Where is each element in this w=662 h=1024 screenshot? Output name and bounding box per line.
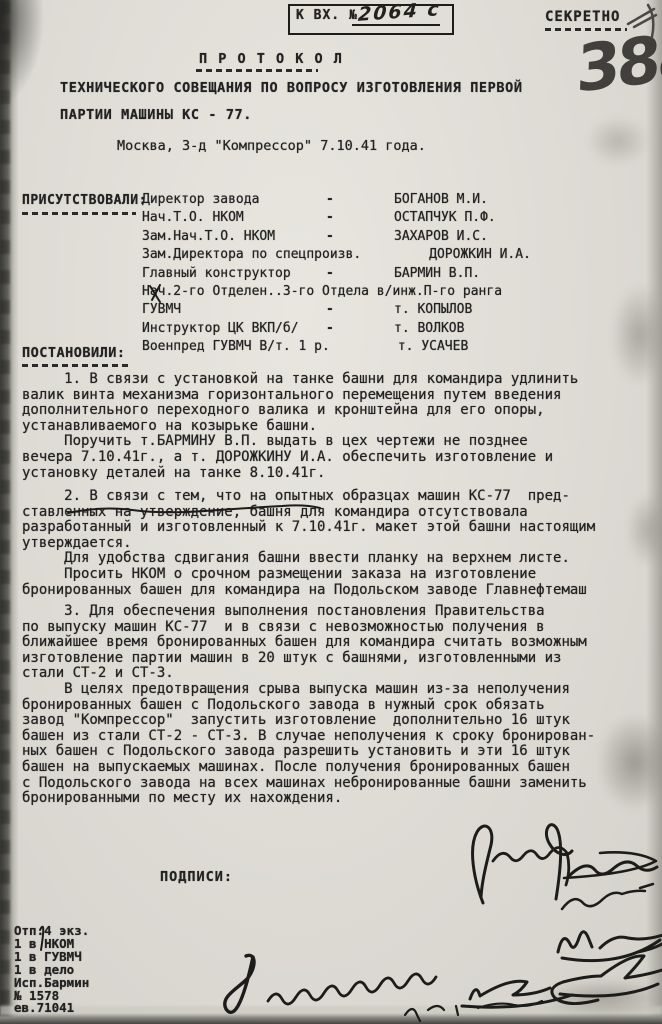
attendee-name: т. ВОЛКОВ [394,321,464,336]
resolved-underline [22,364,128,367]
paragraph-line: башен на выпускаемых машинах. После полу… [22,760,647,776]
handwritten-folio-number: 388 [575,18,662,108]
paragraph-line: валик винта механизма горизонтального пе… [22,388,647,404]
signature-stroke [562,884,653,909]
attendee-dash: - [326,210,394,225]
resolution-paragraph-2: 2. В связи с тем, что на опытных образца… [22,489,647,598]
attendee-name: т. КОПЫЛОВ [394,302,472,317]
title-underline [196,69,318,72]
attendee-row: ГУВМЧ - т. КОПЫЛОВ [142,302,640,320]
paper-stain [588,118,648,164]
paragraph-line: разработанный и изготовленный к 7.10.41г… [22,520,647,536]
paper-stain [540,980,662,1016]
attendees-section: ПРИСУТСТВОВАЛИ: Директор завода - БОГАНО… [22,192,640,358]
signature-stroke [493,848,569,886]
attendee-row: Инструктор ЦК ВКП/б/ - т. ВОЛКОВ [142,321,640,339]
attendee-role: Военпред ГУВМЧ В/т. 1 р. [142,339,330,354]
attendee-name: ОСТАПЧУК П.Ф. [394,210,496,225]
attendee-dash: - [326,229,394,244]
paragraph-line: вечера 7.10.41г., а т. ДОРОЖКИНУ И.А. об… [22,450,647,466]
attendee-role: Нач.2-го Отделен..3-го Отдела в/инж.П-го… [142,284,502,299]
paragraph-line: бронированными по месту их нахождения. [22,791,647,807]
paragraph-line: В целях предотвращения срыва выпуска маш… [22,682,647,698]
resolved-label: ПОСТАНОВИЛИ: [22,345,126,361]
paragraph-line: изготовление партии машин в 20 штук с ба… [22,651,647,667]
paragraph-line: с Подольского завода на всех машинах неб… [22,776,647,792]
attendee-row: Нач.2-го Отделен..3-го Отдела в/инж.П-го… [142,284,640,302]
attendee-role: Зам.Директора по спецпроизв. [142,247,361,262]
signature-stroke [568,862,657,877]
paragraph-line: ближайшее время бронированных башен для … [22,635,647,651]
attendee-role: Нач.Т.О. НКОМ [142,210,326,225]
paragraph-line: завод "Компрессор" запустить изготовлени… [22,713,647,729]
attendee-row: Нач.Т.О. НКОМ - ОСТАПЧУК П.Ф. [142,210,640,228]
resolution-paragraph-3: 3. Для обеспечения выполнения постановле… [22,604,647,807]
paragraph-line: дополнительного переходного валика и кро… [22,403,647,419]
paragraph-line: 2. В связи с тем, что на опытных образца… [22,489,647,505]
paragraph-line: ных башен с Подольского завода разрешить… [22,744,647,760]
paragraph-line: установку деталей на танке 8.10.41г. [22,466,647,482]
paragraph-line: устанавливаемого на козырьке башни. [22,419,647,435]
paragraph-line: 1. В связи с установкой на танке башни д… [22,372,647,388]
place-date-line: Москва, З-д "Компрессор" 7.10.41 года. [117,138,426,154]
attendee-role: Зам.Нач.Т.О. НКОМ [142,229,326,244]
paragraph-line: стали СТ-2 и СТ-3. [22,666,647,682]
attendee-row: Главный конструктор - БАРМИН В.П. [142,266,640,284]
signature-stroke [473,826,492,903]
attendee-row: Зам.Директора по спецпроизв. ДОРОЖКИН И.… [142,247,640,265]
attendees-underline [22,212,136,215]
attendee-dash: - [326,302,394,317]
signature-stroke [546,825,572,899]
resolution-paragraph-1: 1. В связи с установкой на танке башни д… [22,372,647,481]
signatures-label: ПОДПИСИ: [160,869,233,885]
attendee-role: Инструктор ЦК ВКП/б/ [142,321,326,336]
attendee-dash: - [326,192,394,207]
secrecy-classification: СЕКРЕТНО [545,9,620,25]
signature-stroke [268,974,436,1004]
attendees-label: ПРИСУТСТВОВАЛИ: [22,193,147,208]
paragraph-line: Просить НКОМ о срочном размещении заказа… [22,567,647,583]
paragraph-line: Для удобства сдвигания башни ввести план… [22,551,647,567]
paragraph-line: Поручить т.БАРМИНУ В.П. выдать в цех чер… [22,434,647,450]
attendee-name: ЗАХАРОВ И.С. [394,229,488,244]
paragraph-line: бронированных башен для командира на Под… [22,583,647,599]
attendee-row: Директор завода - БОГАНОВ М.И. [142,192,640,210]
document-subtitle-line1: ТЕХНИЧЕСКОГО СОВЕЩАНИЯ ПО ВОПРОСУ ИЗГОТО… [60,80,523,96]
attendee-row: Зам.Нач.Т.О. НКОМ - ЗАХАРОВ И.С. [142,229,640,247]
copies-distribution-block: Отп.4 экз. 1 в НКОМ 1 в ГУВМЧ 1 в дело И… [14,925,89,1015]
incoming-stamp-label: К ВХ. № [296,8,358,23]
attendee-dash: - [326,321,394,336]
scanned-protocol-page: К ВХ. № 2064 с СЕКРЕТНО 388 П Р О Т О К … [0,0,662,1024]
paragraph-line: ставленных на утверждение, башня для ком… [22,505,647,521]
attendee-role: ГУВМЧ [142,302,326,317]
paragraph-line: 3. Для обеспечения выполнения постановле… [22,604,647,620]
attendee-row: Военпред ГУВМЧ В/т. 1 р. т. УСАЧЕВ [142,339,640,357]
scan-edge-bottom [0,1013,662,1024]
document-title: П Р О Т О К О Л [199,51,343,67]
paragraph-line: по выпуску машин КС-77 и в связи с невоз… [22,620,647,636]
signature-stroke [225,955,254,1012]
attendee-name: БОГАНОВ М.И. [394,192,488,207]
attendee-name: БАРМИН В.П. [394,266,480,281]
footer-line: ев.71041 [14,1002,89,1015]
paragraph-line: бронированных башен с Подольского завода… [22,698,647,714]
document-subtitle-line2: ПАРТИИ МАШИНЫ КС - 77. [60,107,252,123]
signature-stroke [564,852,656,878]
scan-edge-left-texture [0,0,10,1024]
attendee-dash: - [326,266,394,281]
attendee-name: ДОРОЖКИН И.А. [429,247,531,262]
attendee-name: т. УСАЧЕВ [398,339,468,354]
attendee-role: Главный конструктор [142,266,326,281]
attendee-role: Директор завода [142,192,326,207]
scan-corner-shadow [0,0,46,110]
paragraph-line: башен из стали СТ-2 - СТ-3. В случае неп… [22,729,647,745]
